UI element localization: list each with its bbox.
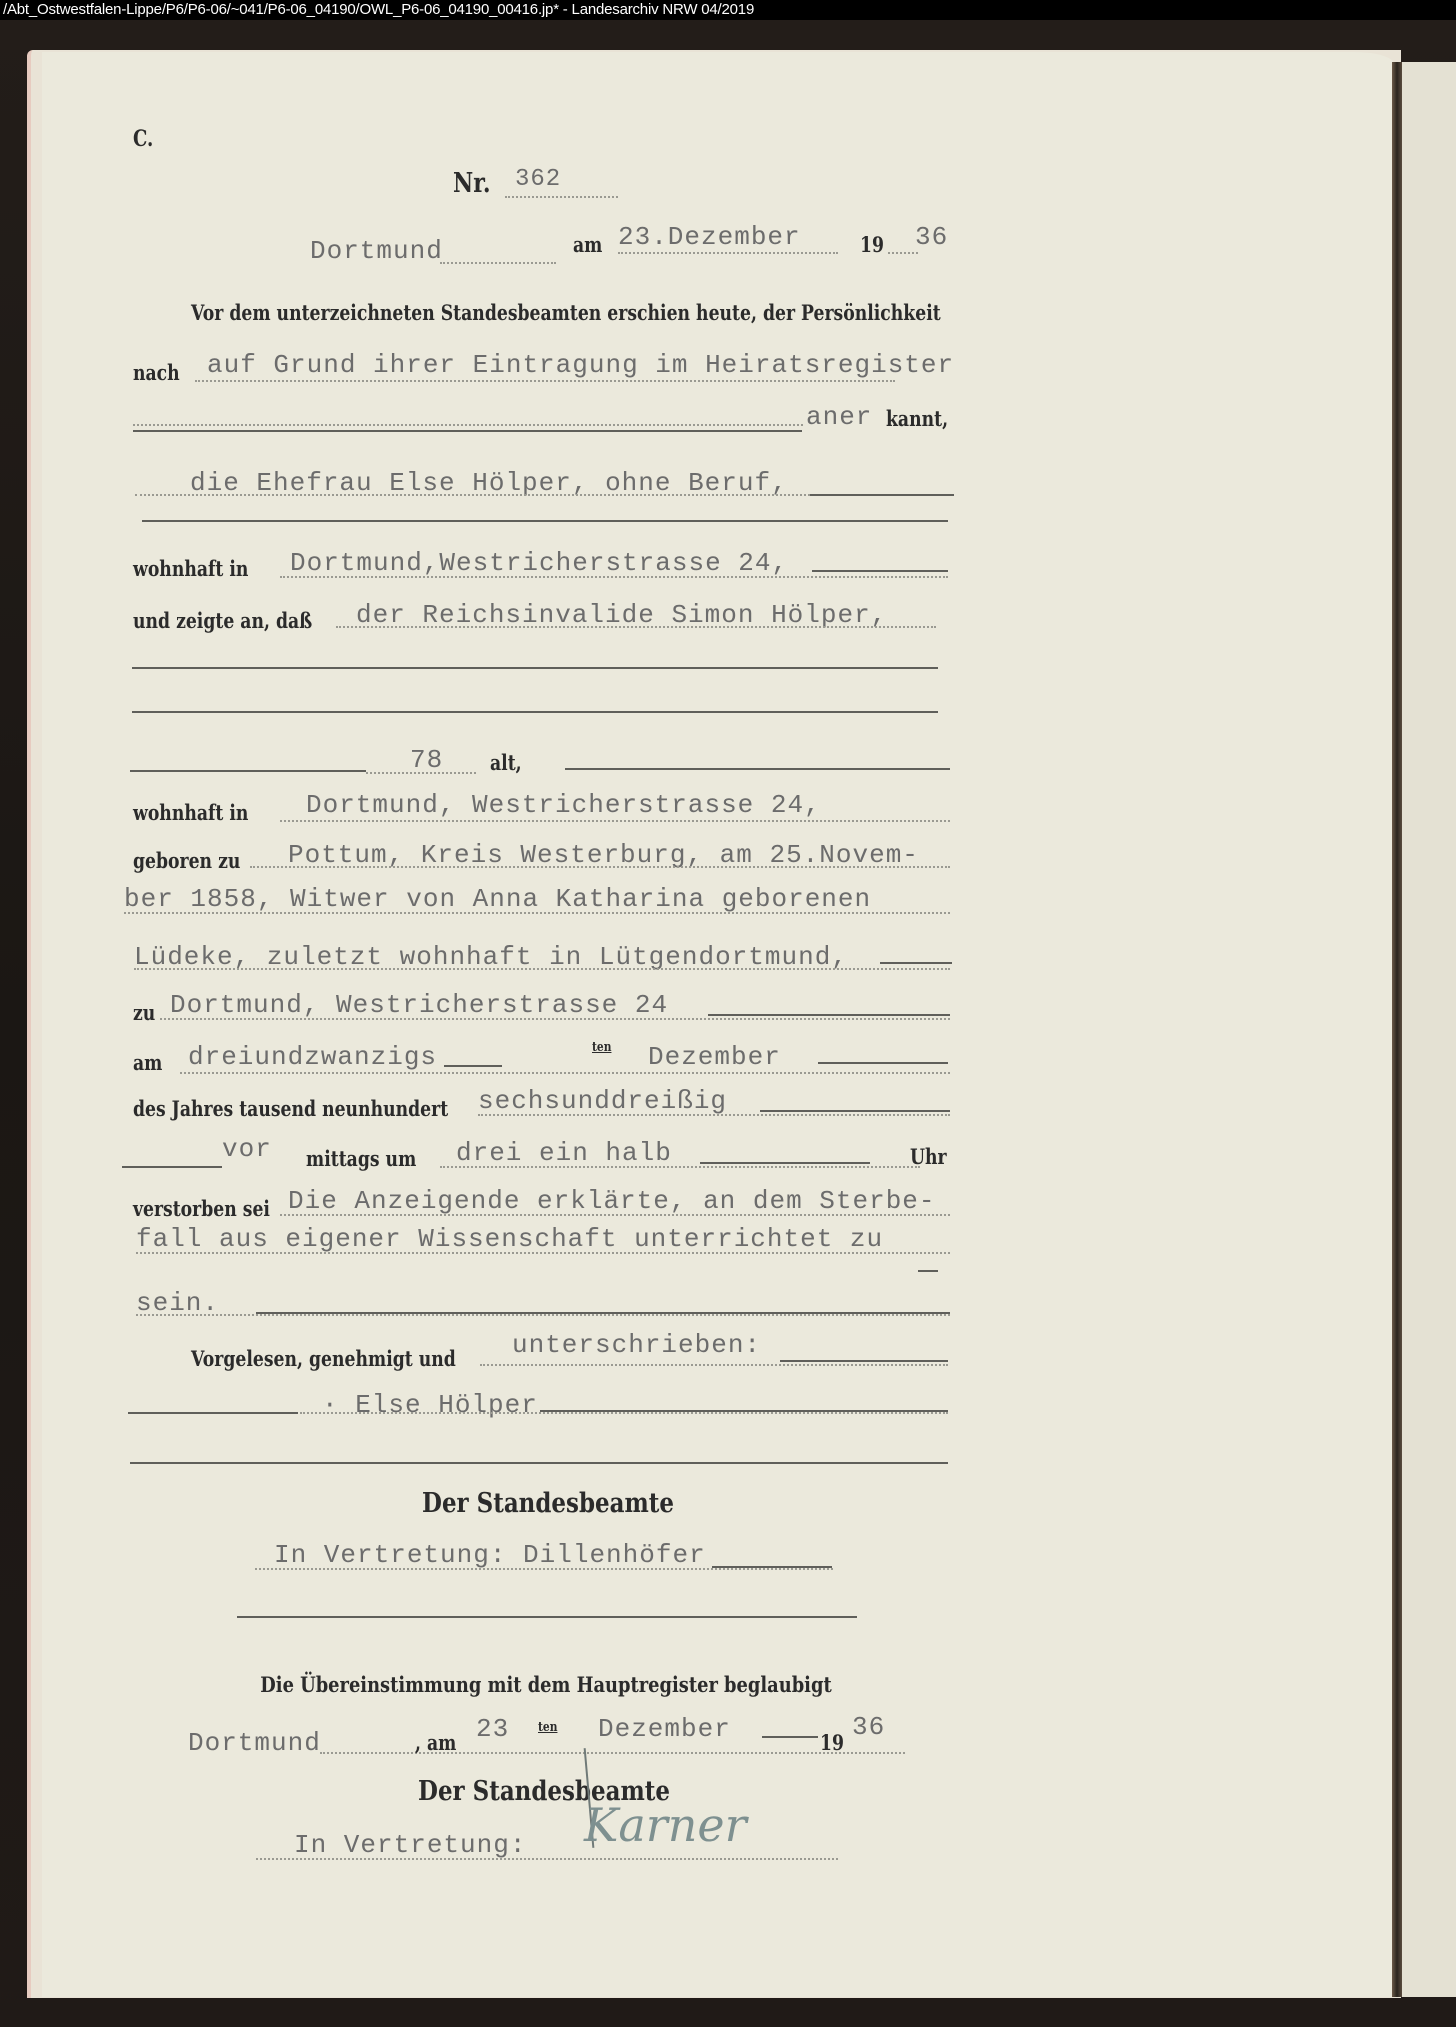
- corner-mark: C.: [133, 126, 153, 152]
- dotted-line: [618, 252, 838, 254]
- cert-am-label: , am: [415, 1730, 456, 1755]
- filler-rule: [132, 711, 938, 713]
- certification-text: Die Übereinstimmung mit dem Hauptregiste…: [260, 1672, 831, 1697]
- dotted-line: [255, 1568, 833, 1570]
- year-suffix: 36: [915, 222, 948, 252]
- death-day: dreiundzwanzigs: [188, 1042, 437, 1072]
- filler-rule: [130, 1462, 948, 1464]
- filler-rule: [237, 1616, 857, 1618]
- filler-rule: [810, 494, 954, 496]
- dotted-line: [160, 1018, 950, 1020]
- dotted-line: [133, 424, 803, 426]
- remark-line-1: Die Anzeigende erklärte, an dem Sterbe-: [288, 1186, 936, 1216]
- remark-line-2: fall aus eigener Wissenschaft unterricht…: [136, 1224, 883, 1254]
- dotted-line: [280, 1214, 950, 1216]
- filler-rule: [918, 1270, 938, 1272]
- dotted-line: [366, 772, 476, 774]
- filler-rule: [700, 1162, 870, 1164]
- window-title: /Abt_Ostwestfalen-Lippe/P6/P6-06/~041/P6…: [0, 0, 1456, 20]
- filler-rule: [130, 770, 366, 772]
- nach-label: nach: [133, 360, 180, 385]
- dotted-line: [195, 380, 895, 382]
- death-place: Dortmund, Westricherstrasse 24: [170, 990, 668, 1020]
- dotted-line: [124, 912, 950, 914]
- filler-rule: [880, 962, 952, 964]
- dotted-line: [280, 576, 948, 578]
- filler-rule: [256, 1312, 950, 1314]
- dotted-line: [440, 1166, 920, 1168]
- death-time: drei ein halb: [456, 1138, 672, 1168]
- cert-vertretung: In Vertretung:: [294, 1830, 526, 1860]
- am-label: am: [573, 232, 602, 257]
- facing-page: [1402, 62, 1456, 1997]
- death-year-words: sechsunddreißig: [478, 1086, 727, 1116]
- cert-year-prefix: 19: [820, 1730, 844, 1755]
- vor-text: vor: [222, 1134, 272, 1164]
- wohnhaft-label: wohnhaft in: [133, 556, 248, 581]
- filler-rule: [444, 1065, 502, 1067]
- dotted-line: [336, 626, 936, 628]
- number-label: Nr.: [453, 168, 491, 199]
- cert-month: Dezember: [598, 1714, 731, 1744]
- birth-line-2: ber 1858, Witwer von Anna Katharina gebo…: [124, 884, 871, 914]
- filler-rule: [812, 570, 948, 572]
- dotted-line: [440, 262, 556, 264]
- verstorben-label: verstorben sei: [133, 1196, 270, 1221]
- book-gutter: [1392, 62, 1402, 1997]
- filler-rule: [133, 430, 802, 432]
- filler-rule: [142, 520, 948, 522]
- unterschrieben-text: unterschrieben:: [512, 1330, 761, 1360]
- filler-rule: [762, 1736, 818, 1738]
- cert-day: 23: [476, 1714, 509, 1744]
- dotted-line: [134, 968, 950, 970]
- alt-label: alt,: [490, 750, 522, 775]
- ten-label: ten: [592, 1040, 611, 1055]
- filler-rule: [818, 1062, 948, 1064]
- filler-rule: [122, 1166, 222, 1168]
- jahres-label: des Jahres tausend neunhundert: [133, 1096, 448, 1121]
- filler-rule: [760, 1110, 950, 1112]
- cert-year-suffix: 36: [852, 1712, 885, 1742]
- dotted-line: [250, 866, 950, 868]
- filler-rule: [565, 768, 950, 770]
- identified-by: auf Grund ihrer Eintragung im Heiratsreg…: [207, 350, 954, 380]
- deceased-wohnhaft-label: wohnhaft in: [133, 800, 248, 825]
- dotted-line: [480, 1364, 948, 1366]
- aner-text: aner: [806, 402, 872, 432]
- zeigte-label: und zeigte an, daß: [133, 608, 312, 633]
- cert-signature: Karner: [584, 1798, 747, 1852]
- informant-address: Dortmund,Westricherstrasse 24,: [290, 548, 788, 578]
- uhr-label: Uhr: [910, 1144, 947, 1169]
- deceased-address: Dortmund, Westricherstrasse 24,: [306, 790, 821, 820]
- filler-rule: [708, 1014, 950, 1016]
- cert-place: Dortmund: [188, 1728, 321, 1758]
- dotted-line: [180, 1072, 950, 1074]
- dotted-line: [300, 1412, 948, 1414]
- registrar-heading: Der Standesbeamte: [422, 1488, 674, 1519]
- dotted-line: [888, 252, 918, 254]
- filler-rule: [540, 1410, 948, 1412]
- filler-rule: [132, 667, 938, 669]
- record-number: 362: [515, 166, 561, 193]
- age-value: 78: [410, 745, 443, 775]
- filler-rule: [780, 1360, 948, 1362]
- dotted-line: [478, 1114, 950, 1116]
- dotted-line: [505, 196, 618, 198]
- cert-ten-label: ten: [538, 1720, 557, 1735]
- dotted-line: [280, 820, 950, 822]
- registration-date: 23.Dezember: [618, 222, 801, 252]
- dotted-line: [136, 1252, 950, 1254]
- informant-signature: · Else Hölper: [322, 1390, 538, 1420]
- zu-label: zu: [133, 1000, 155, 1025]
- dotted-line: [320, 1752, 905, 1754]
- filler-rule: [128, 1412, 298, 1414]
- registrar-signature: In Vertretung: Dillenhöfer: [274, 1540, 706, 1570]
- intro-text: Vor dem unterzeichneten Standesbeamten e…: [191, 300, 941, 325]
- document-page: [42, 52, 1394, 1997]
- kannt-label: kannt,: [886, 406, 948, 431]
- filler-rule: [712, 1566, 832, 1568]
- geboren-label: geboren zu: [133, 848, 240, 873]
- dotted-line: [256, 1858, 838, 1860]
- death-month: Dezember: [648, 1042, 781, 1072]
- mittags-label: mittags um: [306, 1146, 416, 1171]
- year-prefix: 19: [860, 232, 884, 257]
- dotted-line: [136, 1314, 950, 1316]
- am2-label: am: [133, 1050, 162, 1075]
- vorgelesen-label: Vorgelesen, genehmigt und: [191, 1346, 456, 1371]
- place: Dortmund: [310, 236, 443, 266]
